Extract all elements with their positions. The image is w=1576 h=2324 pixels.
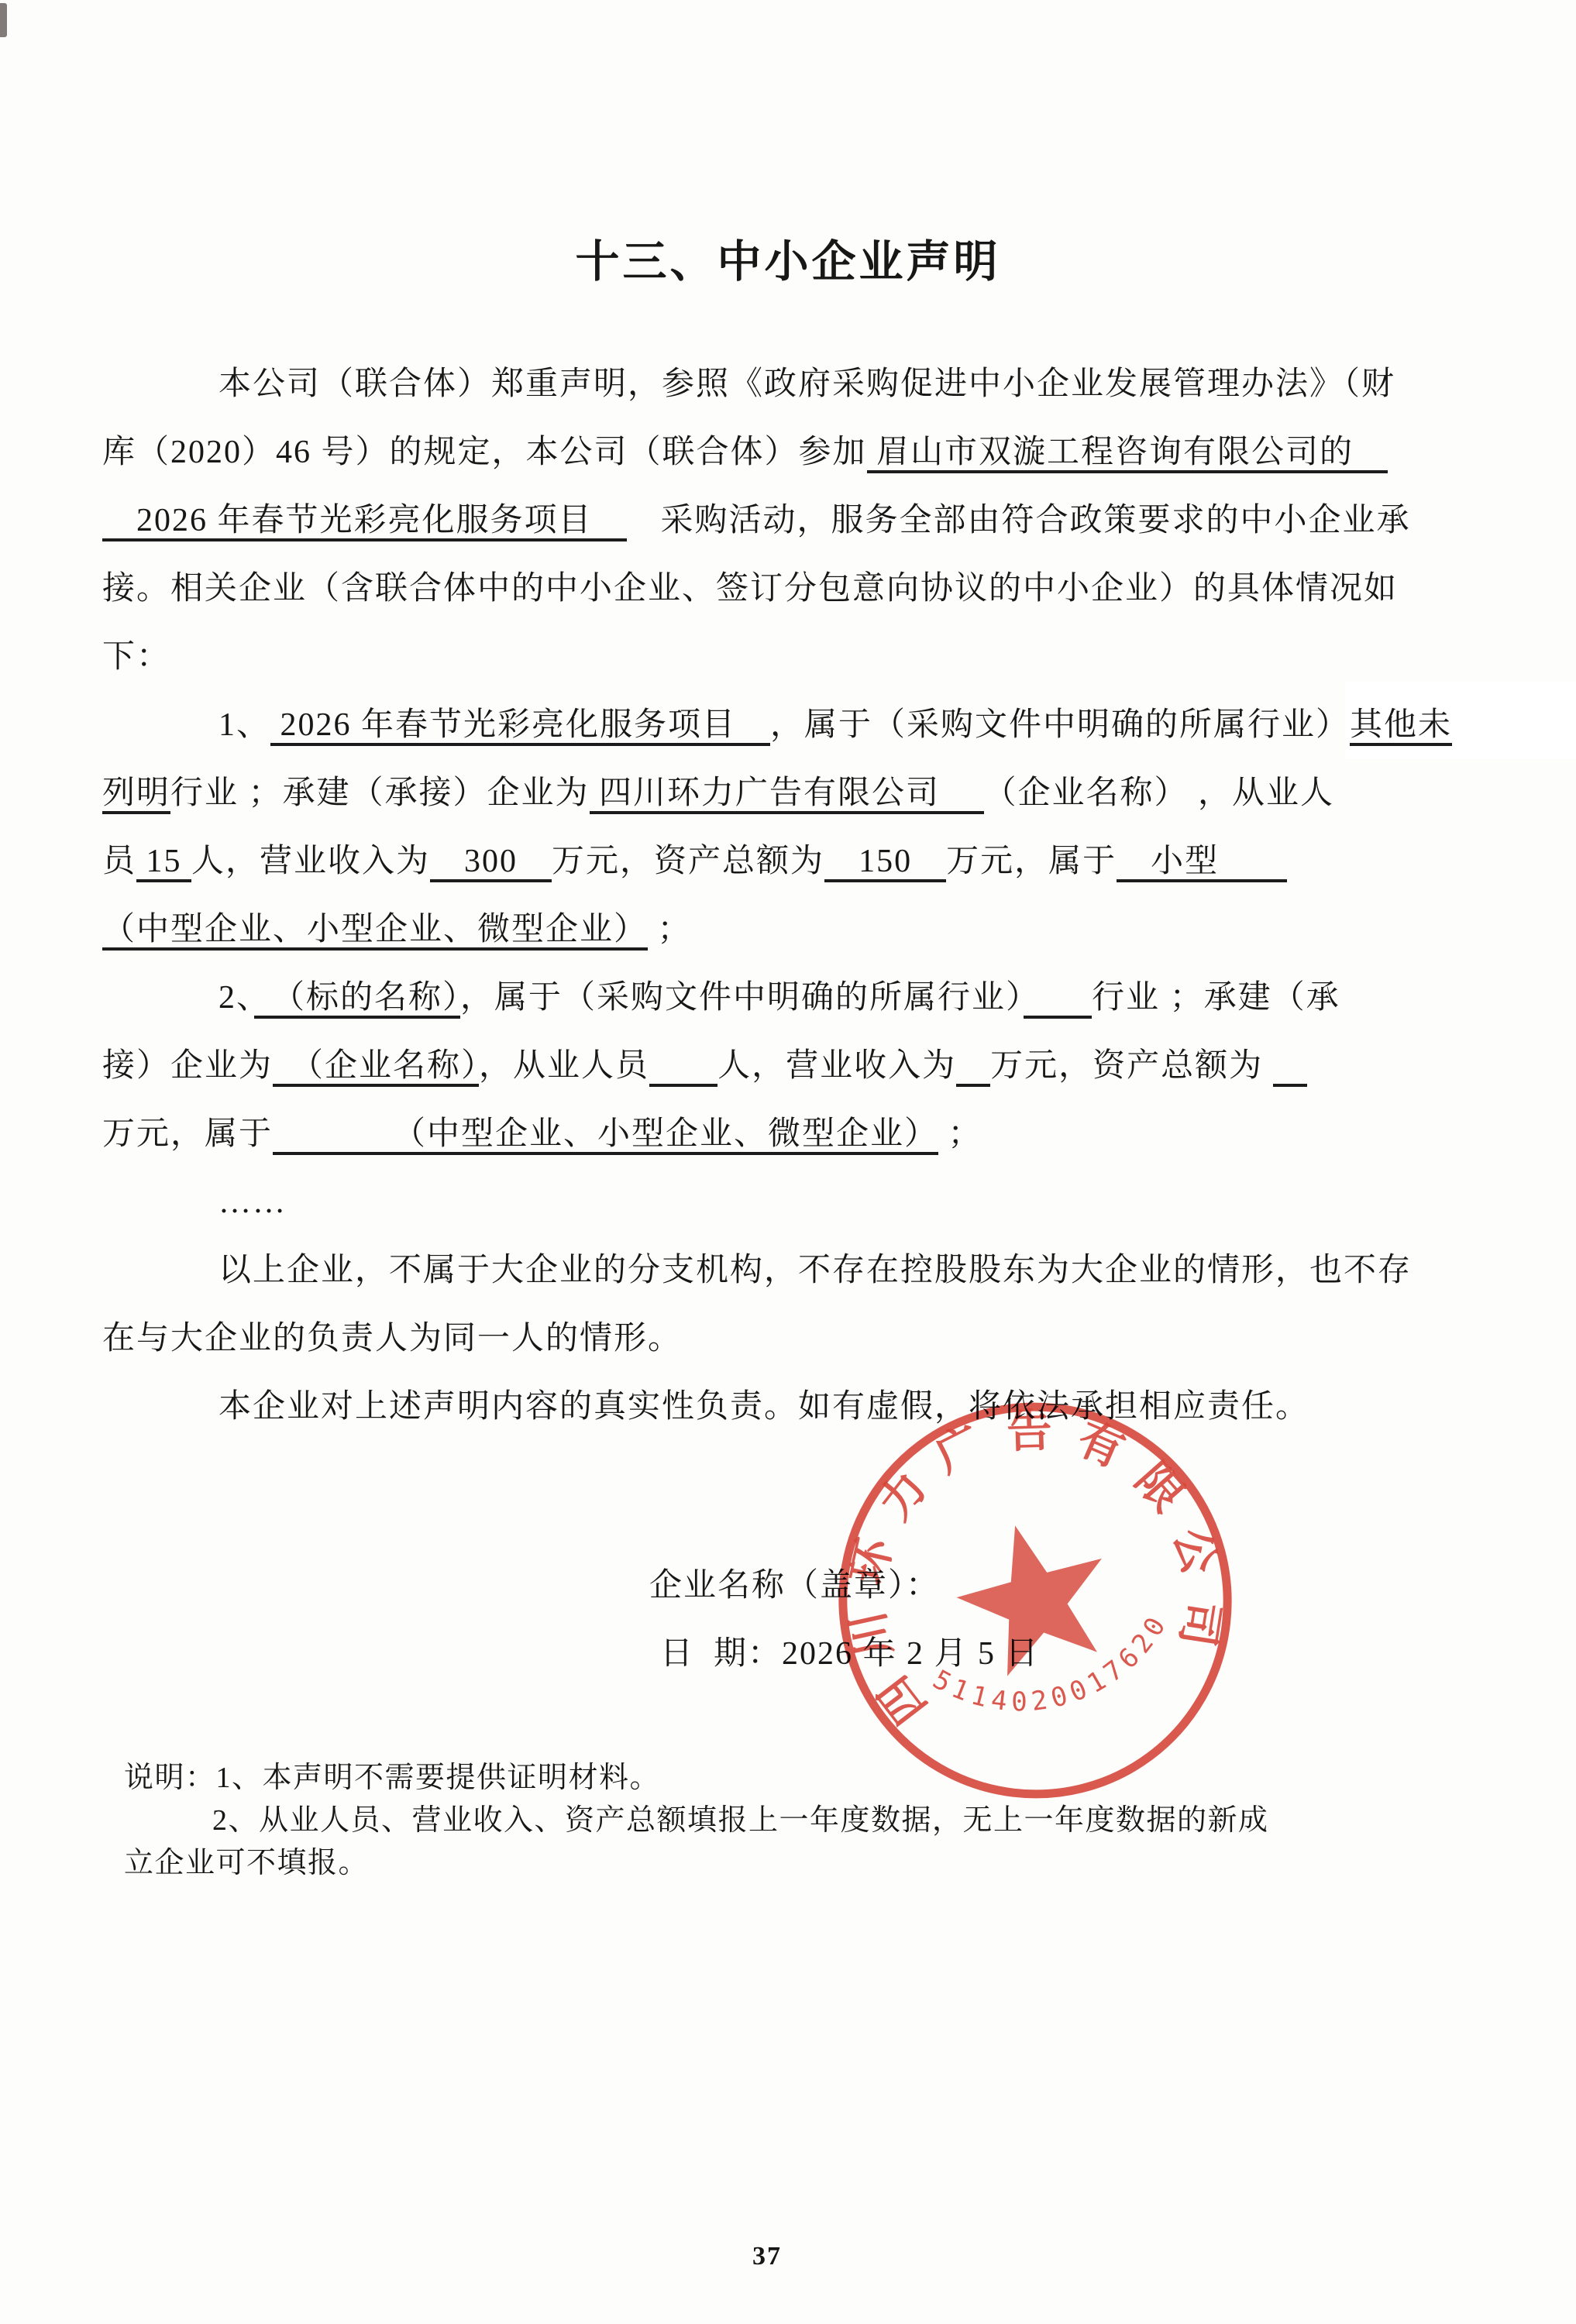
- text-line: 2026 年春节光彩亮化服务项目 采购活动，服务全部由符合政策要求的中小企业承: [102, 486, 1489, 555]
- filled-blank: [1273, 1048, 1307, 1087]
- document-page: 十三、中小企业声明 本公司（联合体）郑重声明，参照《政府采购促进中小企业发展管理…: [0, 0, 1576, 2324]
- page-title: 十三、中小企业声明: [0, 226, 1576, 290]
- scan-corner-artifact: [0, 3, 7, 37]
- text-segment: 本企业对上述声明内容的真实性负责。如有虚假，将依法承担相应责任。: [219, 1389, 1309, 1425]
- note-line: 说明：1、本声明不需要提供证明材料。: [124, 1757, 1488, 1800]
- filled-blank: [649, 1048, 717, 1087]
- note-line: 2、从业人员、营业收入、资产总额填报上一年度数据，无上一年度数据的新成: [124, 1800, 1488, 1842]
- text-segment: 人，营业收入为: [717, 1048, 956, 1084]
- filled-blank: 小型: [1117, 844, 1287, 882]
- company-seal-label: 企业名称（盖章）：: [649, 1559, 940, 1613]
- text-line: 库（2020）46 号）的规定，本公司（联合体）参加 眉山市双漩工程咨询有限公司…: [102, 418, 1489, 486]
- filled-blank: 四川环力广告有限公司: [590, 775, 984, 814]
- text-segment: 万元，资产总额为: [552, 844, 824, 879]
- filled-blank: 其他未: [1350, 707, 1452, 746]
- text-line: （中型企业、小型企业、微型企业） ；: [102, 896, 1489, 964]
- text-segment: 采购活动，服务全部由符合政策要求的中小企业承: [627, 503, 1411, 538]
- note-line: 立企业可不填报。: [124, 1842, 1488, 1885]
- text-segment: 2、: [219, 980, 254, 1016]
- text-segment: 行业 ；承建（承接）企业为: [170, 775, 590, 811]
- text-line: 万元，属于 （中型企业、小型企业、微型企业） ；: [102, 1100, 1489, 1168]
- text-line: 在与大企业的负责人为同一人的情形。: [102, 1305, 1489, 1373]
- text-segment: ……: [219, 1184, 287, 1220]
- text-line: 本企业对上述声明内容的真实性负责。如有虚假，将依法承担相应责任。: [102, 1373, 1489, 1441]
- text-segment: 库（2020）46 号）的规定，本公司（联合体）参加: [102, 435, 867, 470]
- filled-blank: 300: [430, 844, 552, 882]
- declaration-body: 本公司（联合体）郑重声明，参照《政府采购促进中小企业发展管理办法》（财库（202…: [102, 350, 1489, 1441]
- text-segment: 员: [102, 844, 136, 879]
- text-segment: ，属于（采购文件中明确的所属行业）: [770, 707, 1350, 743]
- filled-blank: [956, 1048, 990, 1087]
- text-segment: 接）企业为: [102, 1048, 273, 1084]
- text-segment: 人，营业收入为: [191, 844, 430, 879]
- text-line: 接）企业为 （企业名称），从业人员 人，营业收入为 万元，资产总额为: [102, 1032, 1489, 1100]
- filled-blank: （中型企业、小型企业、微型企业）: [102, 912, 648, 951]
- text-segment: 万元，属于: [102, 1116, 273, 1152]
- filled-blank: 眉山市双漩工程咨询有限公司的: [867, 435, 1388, 473]
- text-segment: ，从业人员: [479, 1048, 649, 1084]
- text-segment: 行业 ；承建（承: [1092, 980, 1340, 1016]
- text-line: 接。相关企业（含联合体中的中小企业、签订分包意向协议的中小企业）的具体情况如: [102, 555, 1489, 623]
- text-line: 1、 2026 年春节光彩亮化服务项目 ，属于（采购文件中明确的所属行业）其他未: [102, 691, 1489, 759]
- filled-blank: 15: [136, 844, 191, 882]
- text-line: 列明行业 ；承建（承接）企业为 四川环力广告有限公司 （企业名称） ，从业人: [102, 759, 1489, 827]
- text-line: 2、 （标的名称），属于（采购文件中明确的所属行业） 行业 ；承建（承: [102, 964, 1489, 1032]
- text-segment: ；: [648, 912, 692, 947]
- notes-block: 说明：1、本声明不需要提供证明材料。 2、从业人员、营业收入、资产总额填报上一年…: [124, 1757, 1488, 1885]
- text-segment: 在与大企业的负责人为同一人的情形。: [102, 1321, 682, 1356]
- text-line: 下：: [102, 623, 1489, 691]
- text-segment: ；: [938, 1116, 982, 1152]
- text-line: 以上企业，不属于大企业的分支机构，不存在控股股东为大企业的情形，也不存: [102, 1236, 1489, 1305]
- filled-blank: [1024, 980, 1092, 1019]
- text-segment: 万元，属于: [946, 844, 1117, 879]
- text-segment: ，属于（采购文件中明确的所属行业）: [460, 980, 1024, 1016]
- text-segment: 接。相关企业（含联合体中的中小企业、签订分包意向协议的中小企业）的具体情况如: [102, 571, 1398, 607]
- text-segment: 下：: [102, 639, 170, 675]
- text-segment: 以上企业，不属于大企业的分支机构，不存在控股股东为大企业的情形，也不存: [219, 1253, 1412, 1288]
- filled-blank: （中型企业、小型企业、微型企业）: [273, 1116, 938, 1155]
- text-segment: 本公司（联合体）郑重声明，参照《政府采购促进中小企业发展管理办法》（财: [219, 366, 1395, 402]
- date-line: 日 期：2026 年 2 月 5 日: [660, 1627, 1040, 1681]
- filled-blank: （标的名称）: [254, 980, 460, 1019]
- text-segment: 1、: [219, 707, 270, 743]
- filled-blank: 列明: [102, 775, 170, 814]
- text-segment: （企业名称） ，从业人: [984, 775, 1335, 811]
- filled-blank: 2026 年春节光彩亮化服务项目: [270, 707, 770, 746]
- filled-blank: 150: [824, 844, 946, 882]
- page-number: 37: [701, 2242, 833, 2271]
- text-line: ……: [102, 1168, 1489, 1236]
- text-line: 本公司（联合体）郑重声明，参照《政府采购促进中小企业发展管理办法》（财: [102, 350, 1489, 418]
- text-segment: 万元，资产总额为: [990, 1048, 1273, 1084]
- text-line: 员 15 人，营业收入为 300 万元，资产总额为 150 万元，属于 小型: [102, 827, 1489, 896]
- filled-blank: 2026 年春节光彩亮化服务项目: [102, 503, 627, 541]
- filled-blank: （企业名称）: [273, 1048, 479, 1087]
